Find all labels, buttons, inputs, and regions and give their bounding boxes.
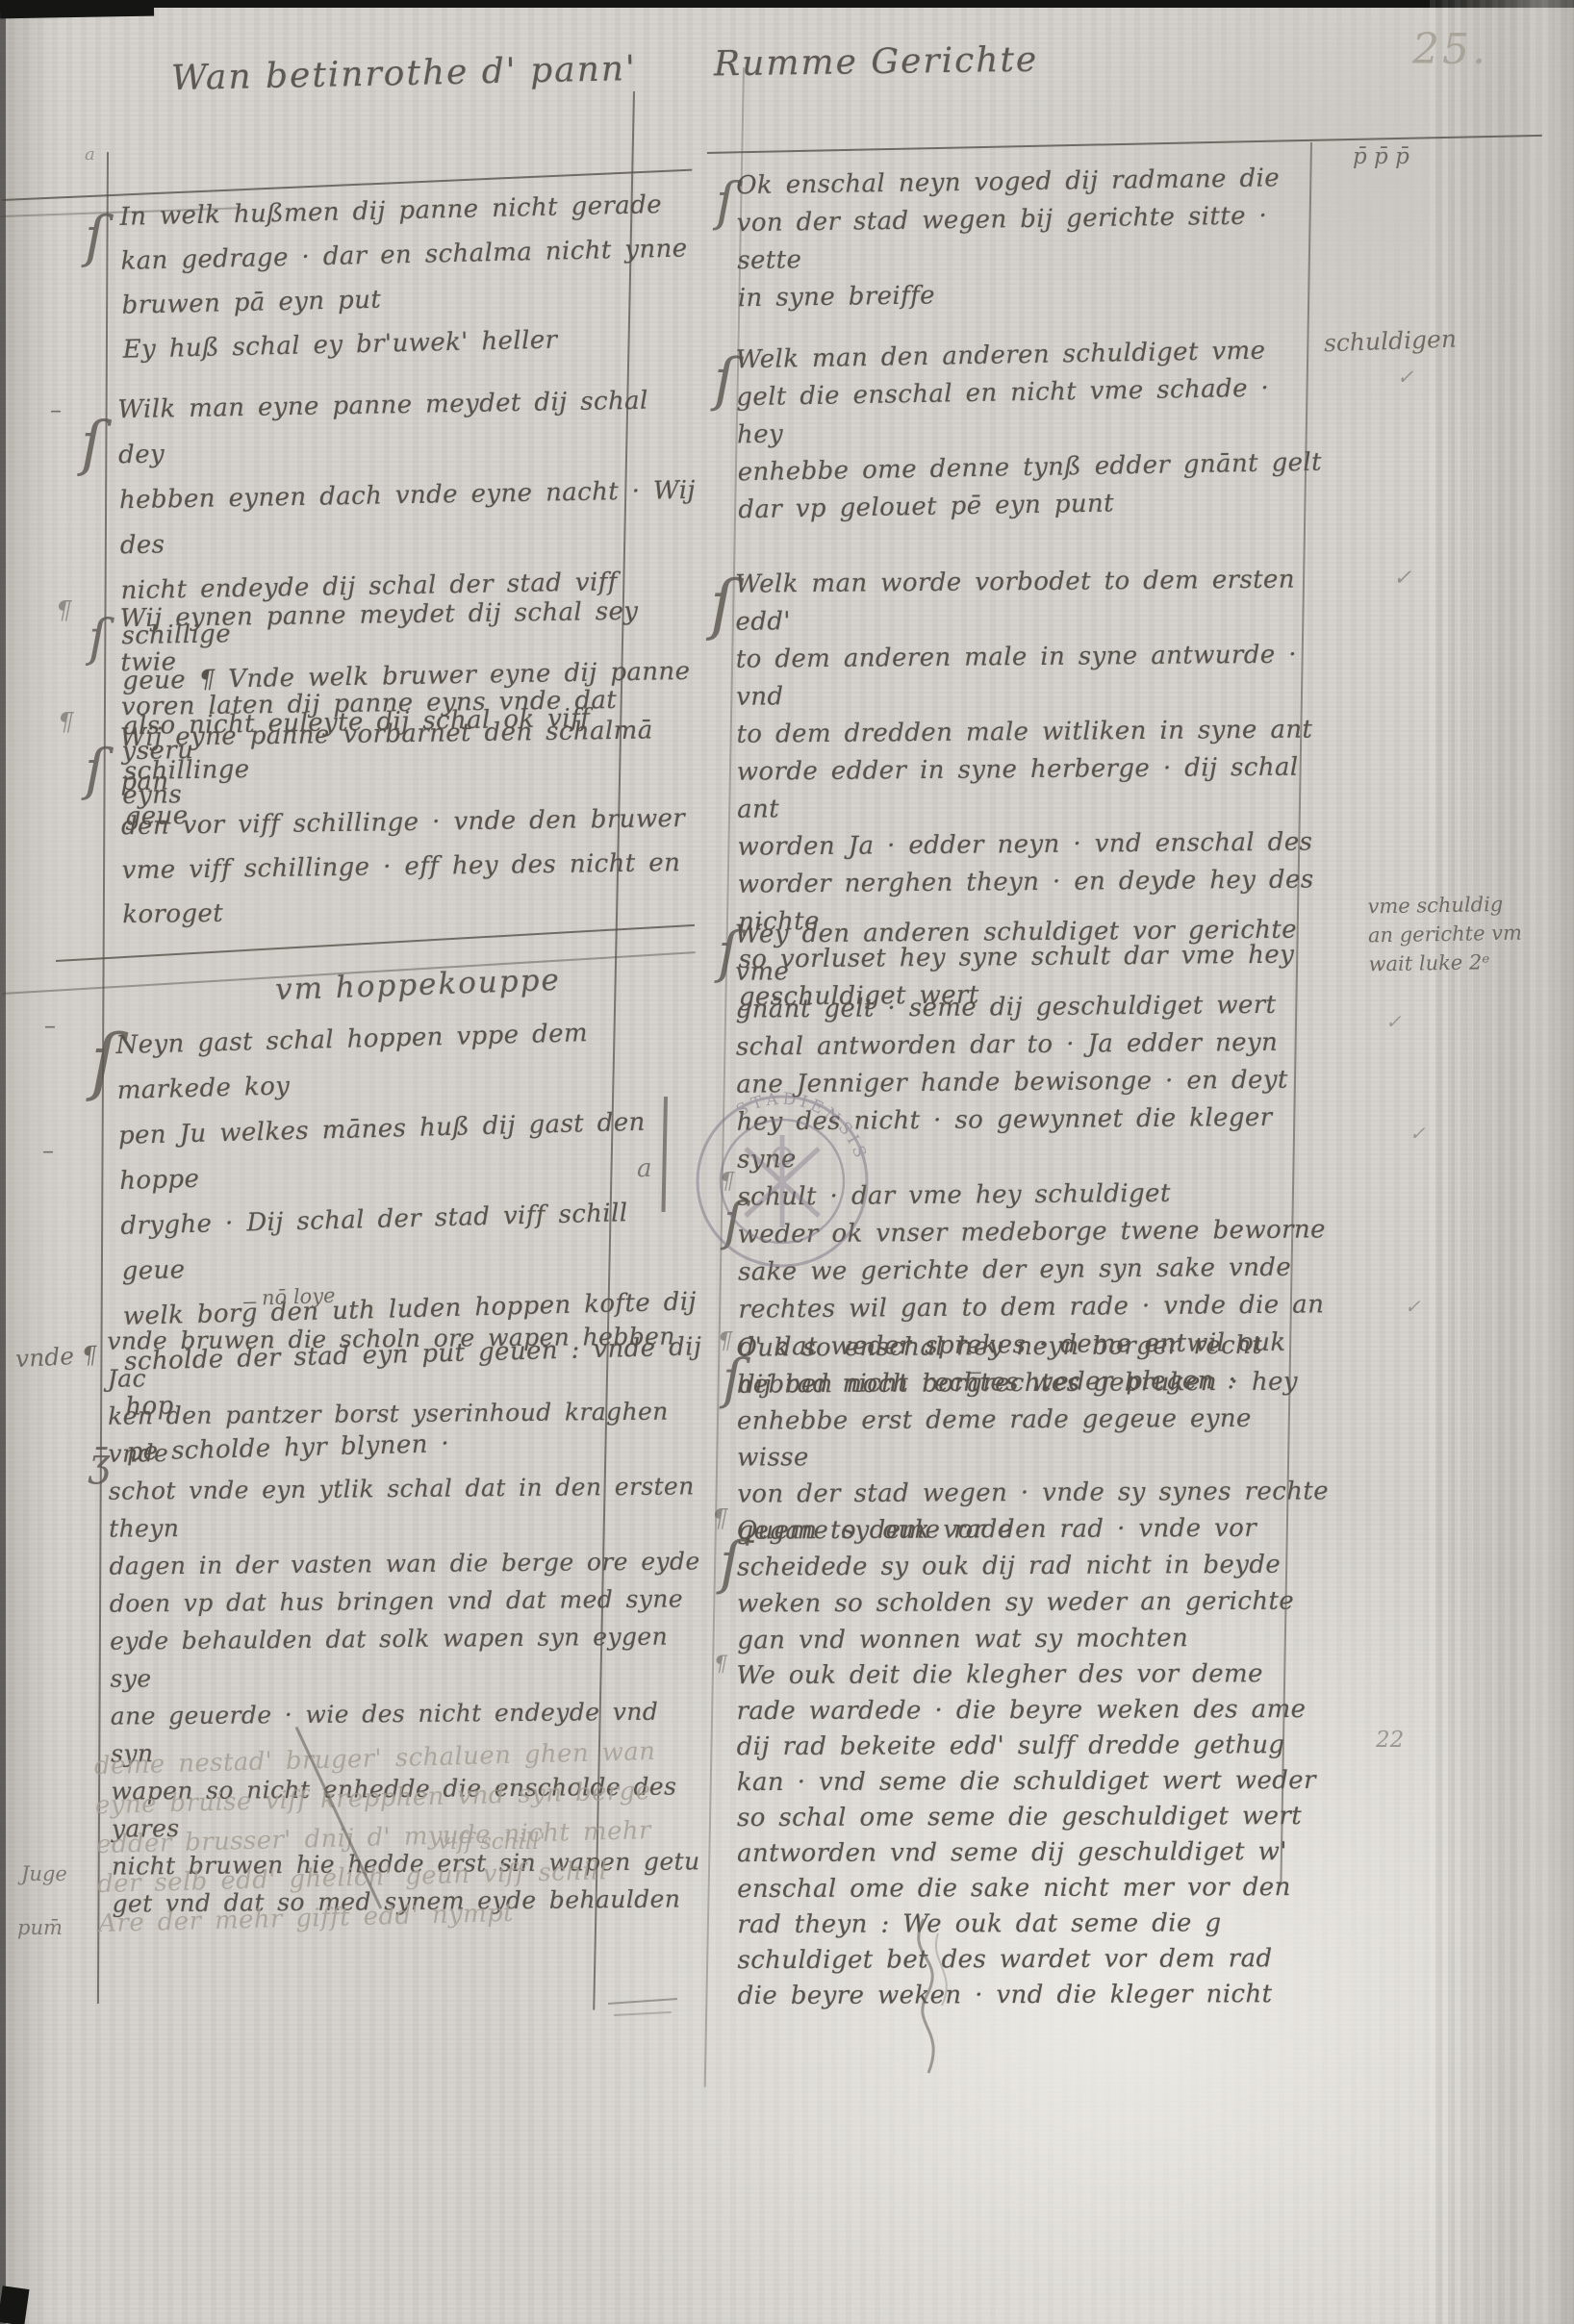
margin-mark-p-bars: p̄ p̄ p̄	[1353, 144, 1409, 169]
paragraph-mark-long-s: ſ	[716, 171, 735, 232]
paragraph-mark-pilcrow: ¶	[714, 1653, 727, 1677]
right-paragraph-2: Welk man den anderen schuldiget vme gelt…	[735, 332, 1325, 530]
scan-edge-bottom-left	[0, 2286, 30, 2324]
paragraph-mark-long-s: ſ	[720, 1529, 741, 1597]
left-paragraph-4: Wij eyne panne vorbarnet den schalmā pan…	[119, 708, 699, 937]
left-paragraph-1: In welk hußmen dij panne nicht gerade ka…	[119, 182, 700, 372]
left-paragraph-7-cancelled: deme nestad' bruger' schaluen ghen wan e…	[93, 1731, 699, 1944]
margin-check-mark: ✓	[1393, 566, 1411, 591]
subheading-left: vm hoppekouppe	[274, 963, 561, 1007]
margin-check-mark: ✓	[1409, 1122, 1426, 1145]
margin-mark-22: 22	[1376, 1728, 1404, 1753]
archive-seal-stamp: STADIENSIS	[690, 1089, 875, 1274]
paragraph-mark-long-s: ſ	[85, 737, 105, 802]
paragraph-mark-long-s: ſ	[723, 1349, 743, 1411]
rule-bottom-tick-a	[608, 1998, 677, 2005]
paragraph-mark-dash: –	[44, 1012, 56, 1039]
paragraph-mark-long-s: ſ	[89, 610, 107, 668]
interlinear-note-no-loye: nō loye	[262, 1284, 336, 1310]
paragraph-mark-dash: –	[42, 1137, 54, 1164]
paragraph-mark-long-s: ſ	[85, 204, 105, 269]
heading-left: Wan betinrothe d' pann'	[171, 49, 638, 98]
paragraph-mark-dash: –	[50, 396, 62, 423]
paragraph-mark-flourish: ʒ̄	[89, 1441, 111, 1485]
margin-note-juge: Juge	[21, 1862, 67, 1885]
paragraph-mark-long-s: ſ	[714, 346, 735, 414]
margin-note-vnde: vnde ¶	[14, 1341, 97, 1373]
scan-edge-top	[0, 0, 1574, 8]
page-number: 25.	[1412, 25, 1488, 74]
right-paragraph-1: Ok enschal neyn voged dij radmane die vo…	[736, 160, 1320, 317]
margin-note-schuldigen: schuldigen	[1324, 325, 1458, 358]
margin-note-pum: pum̄	[17, 1916, 63, 1939]
paragraph-mark-pilcrow: ¶	[58, 708, 74, 737]
right-paragraph-7: We ouk deit die klegher des vor deme rad…	[736, 1656, 1343, 2014]
margin-check-mark: ✓	[1405, 1295, 1421, 1318]
scan-edge-left	[0, 0, 6, 2324]
paragraph-mark-long-s: ſ	[718, 920, 738, 985]
heading-right: Rumme Gerichte	[714, 40, 1039, 85]
margin-note-vme-schuldig: vme schuldig an gerichte vm wait luke 2ᵉ	[1367, 890, 1522, 979]
margin-check-mark: ✓	[1385, 1010, 1402, 1033]
left-paragraph-7-insert: viff schill'	[438, 1830, 546, 1855]
right-paragraph-6: Queme sy ouk vor den rad · vnde vor sche…	[737, 1509, 1334, 1658]
stray-a-mark: a	[85, 144, 95, 164]
stray-a-mark: a	[637, 1154, 652, 1183]
rule-top-right	[707, 135, 1542, 154]
margin-check-mark: ✓	[1397, 366, 1414, 389]
scan-edge-top-left	[0, 0, 154, 18]
paragraph-mark-pilcrow: ¶	[56, 596, 72, 625]
seal-emblem	[746, 1135, 819, 1227]
ink-squiggle	[871, 1914, 996, 2083]
rule-bottom-tick-b	[614, 2011, 672, 2016]
paragraph-mark-long-s: ſ	[81, 408, 103, 478]
manuscript-page: 25. Wan betinrothe d' pann' Rumme Gerich…	[0, 0, 1574, 2324]
paragraph-mark-long-s: ſ	[710, 568, 734, 644]
paragraph-mark-long-s: ſ	[90, 1018, 117, 1103]
